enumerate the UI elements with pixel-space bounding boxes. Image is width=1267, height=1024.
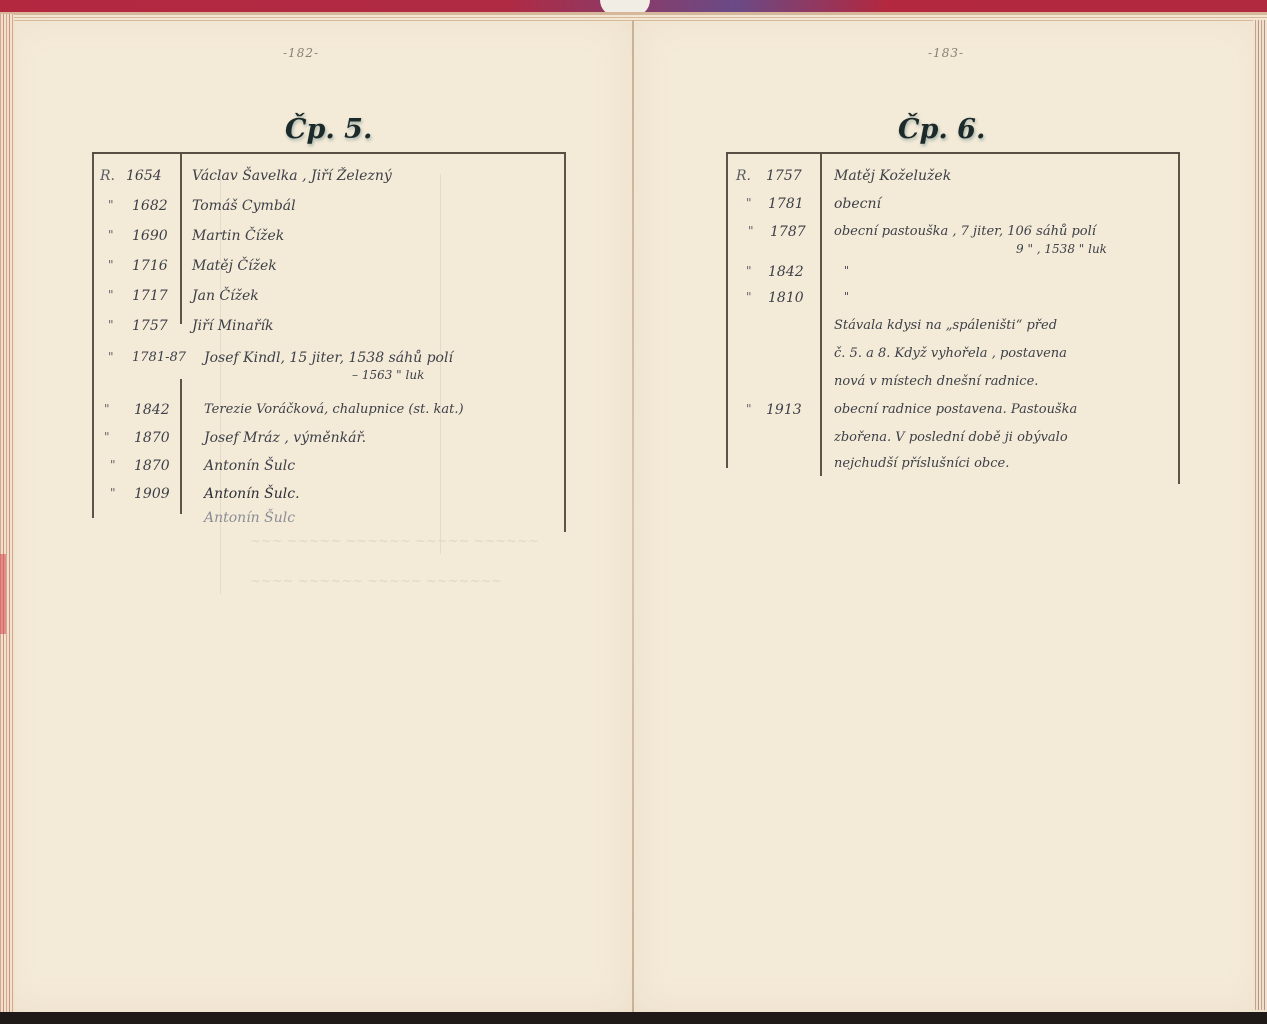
row-prefix: " [108,198,114,212]
row-year: 1842 [768,264,804,280]
table-row: Antonín Šulc [92,510,566,540]
table-row: " 1690 Martin Čížek [92,228,566,258]
row-entry: " [844,290,849,303]
row-entry: Václav Šavelka , Jiří Železný [192,168,392,184]
row-prefix: " [108,258,114,272]
row-entry: nejchudší příslušníci obce. [834,456,1009,471]
page-heading: Čp. 5. [285,114,372,145]
table-row: " 1842 Terezie Voráčková, chalupnice (st… [92,402,566,432]
row-year: 1810 [768,290,804,306]
row-year: 1909 [134,486,170,502]
ledger-table: R. 1654 Václav Šavelka , Jiří Železný " … [92,152,566,532]
table-row: " 1757 Jiří Minařík [92,318,566,348]
row-entry: obecní radnice postavena. Pastouška [834,402,1077,417]
row-entry: Josef Mráz , výměnkář. [204,430,366,446]
row-entry: Matěj Koželužek [834,168,951,184]
row-year: 1757 [766,168,802,184]
row-entry: zbořena. V poslední době ji obývalo [834,430,1068,445]
row-entry: Stávala kdysi na „spáleništi“ před [834,318,1057,333]
table-row: " 1682 Tomáš Cymbál [92,198,566,228]
row-entry: Jiří Minařík [192,318,274,334]
row-entry: Tomáš Cymbál [192,198,296,214]
row-prefix: " [108,228,114,242]
table-row: " 1913 obecní radnice postavena. Pastouš… [726,402,1180,432]
table-row: " 1716 Matěj Čížek [92,258,566,288]
table-row: č. 5. a 8. Když vyhořela , postavena [726,346,1180,376]
row-prefix: " [746,264,752,278]
row-year: 1787 [770,224,806,240]
row-prefix: " [748,224,754,238]
row-year: 1690 [132,228,168,244]
row-prefix: R. [736,168,751,184]
row-year: 1717 [132,288,168,304]
row-prefix: " [746,290,752,304]
row-prefix: " [108,288,114,302]
left-page: ~~~ ~~~~~ ~~~~~~ ~~~~~ ~~~~~~ ~~~~ ~~~~~… [0,12,632,1014]
book-spine-gutter [632,20,634,1014]
row-entry: " [844,264,849,277]
row-prefix: " [108,350,114,364]
row-entry: obecní [834,196,881,212]
row-prefix: " [746,402,752,416]
page-heading: Čp. 6. [898,114,985,145]
row-prefix: " [746,196,752,210]
bleed-through-text: ~~~~ ~~~~~~ ~~~~~ ~~~~~~~ [250,574,502,589]
table-row: " 1781 obecní [726,196,1180,226]
table-row: nejchudší příslušníci obce. [726,456,1180,486]
row-prefix: " [110,458,116,472]
row-year: 1654 [126,168,162,184]
row-entry-continuation: 9 " , 1538 " luk [1016,242,1107,256]
row-entry: Josef Kindl, 15 jiter, 1538 sáhů polí [204,350,453,366]
row-entry: obecní pastouška , 7 jiter, 106 sáhů pol… [834,224,1096,239]
row-prefix: " [104,402,110,416]
ledger-table: R. 1757 Matěj Koželužek " 1781 obecní " … [726,152,1180,484]
table-row: " 1717 Jan Čížek [92,288,566,318]
book-cover-bottom [0,1012,1267,1024]
page-number: -182- [283,46,319,60]
row-entry: č. 5. a 8. Když vyhořela , postavena [834,346,1067,361]
row-year: 1682 [132,198,168,214]
row-entry: Martin Čížek [192,228,284,244]
row-year: 1716 [132,258,168,274]
row-prefix: R. [100,168,115,184]
row-year: 1781-87 [132,350,186,365]
row-year: 1842 [134,402,170,418]
row-year: 1913 [766,402,802,418]
page-number: -183- [928,46,964,60]
row-year: 1870 [134,430,170,446]
row-entry: nová v místech dnešní radnice. [834,374,1038,389]
row-prefix: " [108,318,114,332]
page-edges-left [0,14,14,1014]
table-row: nová v místech dnešní radnice. [726,374,1180,404]
row-entry: Matěj Čížek [192,258,277,274]
table-row: R. 1757 Matěj Koželužek [726,168,1180,198]
row-entry-continuation: – 1563 " luk [352,368,424,382]
table-row: " 1781-87 Josef Kindl, 15 jiter, 1538 sá… [92,350,566,390]
row-entry: Terezie Voráčková, chalupnice (st. kat.) [204,402,464,417]
table-row: " 1810 " [726,290,1180,320]
table-row: " 1870 Antonín Šulc [92,458,566,488]
row-entry: Jan Čížek [192,288,259,304]
row-entry-pencil: Antonín Šulc [204,510,295,526]
table-row-continuation: 9 " , 1538 " luk [726,242,1180,262]
row-prefix: " [110,486,116,500]
table-row: R. 1654 Václav Šavelka , Jiří Železný [92,168,566,198]
table-row: " 1870 Josef Mráz , výměnkář. [92,430,566,460]
right-page: -183- Čp. 6. R. 1757 Matěj Koželužek " 1… [632,12,1267,1014]
table-row: Stávala kdysi na „spáleništi“ před [726,318,1180,348]
row-year: 1870 [134,458,170,474]
row-entry: Antonín Šulc [204,458,295,474]
page-edges-right [1253,20,1267,1010]
row-prefix: " [104,430,110,444]
row-year: 1781 [768,196,804,212]
row-year: 1757 [132,318,168,334]
row-entry: Antonín Šulc. [204,486,300,502]
